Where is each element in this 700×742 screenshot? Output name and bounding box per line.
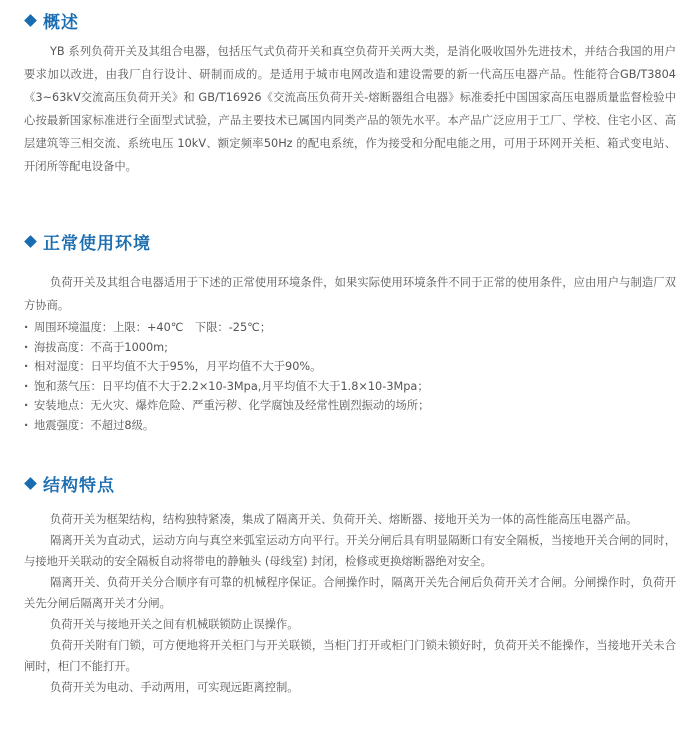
- environment-intro-paragraph: 负荷开关及其组合电器适用于下述的正常使用环境条件，如果实际使用环境条件不同于正常…: [24, 271, 676, 317]
- overview-paragraph: YB 系列负荷开关及其组合电器，包括压气式负荷开关和真空负荷开关两大类，是消化吸…: [24, 40, 676, 178]
- feature-paragraph: 隔离开关、负荷开关分合顺序有可靠的机械程序保证。合闸操作时，隔离开关先合闸后负荷…: [24, 572, 676, 614]
- feature-paragraph: 隔离开关为直动式，运动方向与真空来弧室运动方向平行。开关分闸后具有明显隔断口有安…: [24, 530, 676, 572]
- feature-paragraph: 负荷开关为电动、手动两用，可实现远距离控制。: [24, 677, 676, 698]
- section-heading-overview: 概述: [24, 8, 79, 32]
- diamond-bullet-icon: [24, 477, 37, 490]
- section-heading-environment: 正常使用环境: [24, 229, 151, 253]
- feature-paragraph: 负荷开关与接地开关之间有机械联锁防止误操作。: [24, 614, 676, 635]
- section-heading-structure: 结构特点: [24, 471, 115, 495]
- list-item: 相对湿度：日平均值不大于95%，月平均值不大于90%。: [24, 357, 676, 377]
- list-item: 海拔高度：不高于1000m;: [24, 338, 676, 358]
- diamond-bullet-icon: [24, 235, 37, 248]
- section-title-text: 正常使用环境: [43, 229, 151, 254]
- feature-paragraph: 负荷开关为框架结构，结构独特紧凑，集成了隔离开关、负荷开关、熔断器、接地开关为一…: [24, 509, 676, 530]
- list-item: 周围环境温度：上限：+40℃ 下限：-25℃；: [24, 318, 676, 338]
- list-item: 安装地点：无火灾、爆炸危险、严重污秽、化学腐蚀及经常性剧烈振动的场所；: [24, 396, 676, 416]
- diamond-bullet-icon: [24, 14, 37, 27]
- section-title-text: 结构特点: [43, 471, 115, 496]
- section-title-text: 概述: [43, 8, 79, 33]
- environment-conditions-list: 周围环境温度：上限：+40℃ 下限：-25℃； 海拔高度：不高于1000m; 相…: [24, 318, 676, 435]
- list-item: 地震强度：不超过8级。: [24, 416, 676, 436]
- list-item: 饱和蒸气压：日平均值不大于2.2×10-3Mpa,月平均值不大于1.8×10-3…: [24, 377, 676, 397]
- feature-paragraph: 负荷开关附有门锁，可方便地将开关柜门与开关联锁，当柜门打开或柜门门锁未锁好时，负…: [24, 635, 676, 677]
- structure-features: 负荷开关为框架结构，结构独特紧凑，集成了隔离开关、负荷开关、熔断器、接地开关为一…: [24, 509, 676, 698]
